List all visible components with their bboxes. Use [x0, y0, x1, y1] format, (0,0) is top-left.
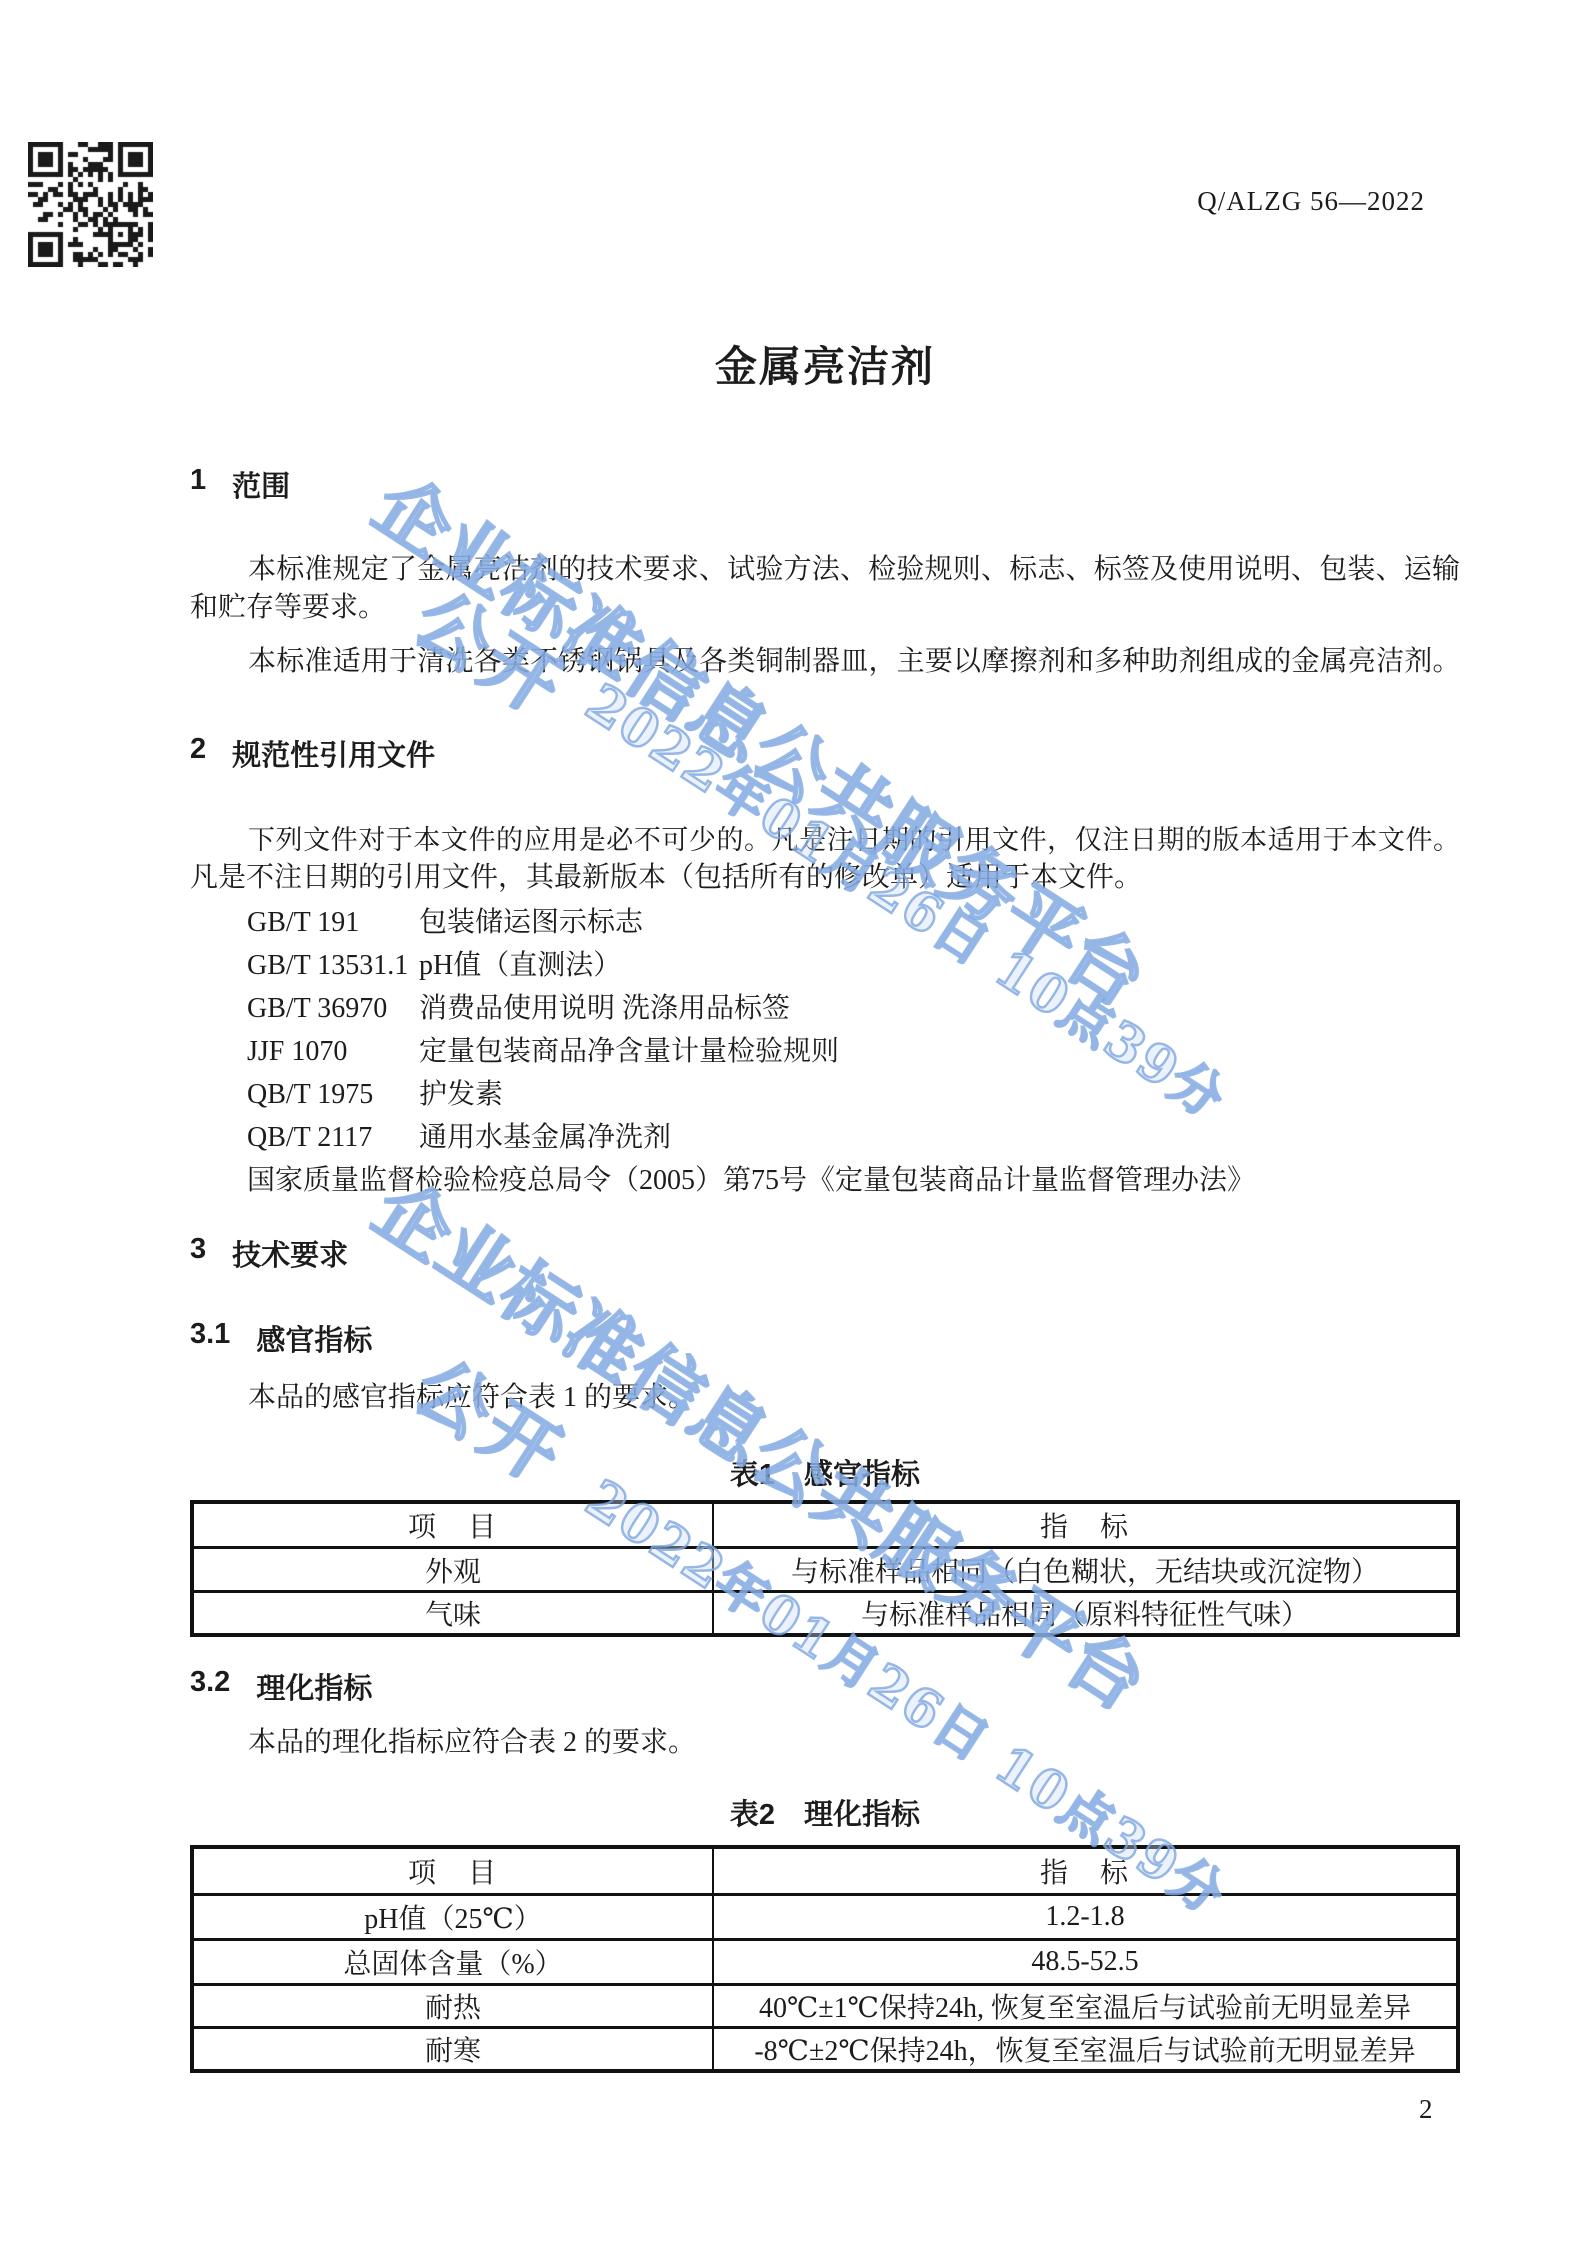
- section-title: 技术要求: [232, 1233, 348, 1274]
- reference-code: JJF 1070: [247, 1030, 419, 1073]
- reference-code: GB/T 36970: [247, 987, 419, 1030]
- section-number: 3: [190, 1233, 206, 1274]
- section-number: 3.2: [190, 1666, 230, 1707]
- table-row: pH值（25℃） 1.2-1.8: [194, 1893, 1456, 1938]
- reference-title: pH值（直测法）: [419, 944, 621, 987]
- paragraph-line: 本品的感官指标应符合表 1 的要求。: [190, 1380, 1460, 1415]
- table-2: 项 目 指 标 pH值（25℃） 1.2-1.8 总固体含量（%） 48.5-5…: [190, 1845, 1460, 2073]
- section-3-2-heading: 3.2 理化指标: [190, 1666, 372, 1707]
- section-number: 1: [190, 464, 206, 505]
- paragraph-line: 本品的理化指标应符合表 2 的要求。: [190, 1725, 1460, 1760]
- table-header-cell: 指 标: [714, 1504, 1456, 1546]
- reference-title: 消费品使用说明 洗涤用品标签: [419, 987, 790, 1030]
- table-header-cell: 项 目: [194, 1849, 714, 1893]
- reference-title: 通用水基金属净洗剂: [419, 1116, 671, 1159]
- section-title: 规范性引用文件: [232, 733, 435, 774]
- doc-number: Q/ALZG 56—2022: [1197, 186, 1425, 217]
- reference-item: 国家质量监督检验检疫总局令（2005）第75号《定量包装商品计量监督管理办法》: [190, 1159, 1470, 1202]
- table-cell: 1.2-1.8: [714, 1896, 1456, 1938]
- table-cell: 耐热: [194, 1986, 714, 2026]
- table-cell: 外观: [194, 1549, 714, 1590]
- reference-title: 国家质量监督检验检疫总局令（2005）第75号《定量包装商品计量监督管理办法》: [247, 1159, 1255, 1202]
- section-3-heading: 3 技术要求: [190, 1233, 348, 1274]
- reference-code: GB/T 191: [247, 901, 419, 944]
- section-title: 感官指标: [256, 1318, 372, 1359]
- table-header-row: 项 目 指 标: [194, 1849, 1456, 1893]
- table-header-row: 项 目 指 标: [194, 1504, 1456, 1546]
- reference-title: 定量包装商品净含量计量检验规则: [419, 1030, 839, 1073]
- reference-list: GB/T 191 包装储运图示标志 GB/T 13531.1 pH值（直测法） …: [190, 901, 1470, 1202]
- paragraph-line: 和贮存等要求。: [190, 590, 1460, 625]
- table-row: 气味 与标准样品相同（原料特征性气味）: [194, 1590, 1456, 1633]
- reference-code: QB/T 1975: [247, 1073, 419, 1116]
- table-1: 项 目 指 标 外观 与标准样品相同（白色糊状，无结块或沉淀物） 气味 与标准样…: [190, 1500, 1460, 1637]
- section-2-heading: 2 规范性引用文件: [190, 733, 435, 774]
- table-row: 耐寒 -8℃±2℃保持24h，恢复至室温后与试验前无明显差异: [194, 2026, 1456, 2069]
- document-page: Q/ALZG 56—2022 金属亮洁剂 1 范围 本标准规定了金属亮洁剂的技术…: [0, 0, 1588, 2245]
- table-row: 耐热 40℃±1℃保持24h, 恢复至室温后与试验前无明显差异: [194, 1983, 1456, 2026]
- reference-item: QB/T 1975 护发素: [190, 1073, 1470, 1116]
- reference-item: GB/T 13531.1 pH值（直测法）: [190, 944, 1470, 987]
- table-header-cell: 指 标: [714, 1849, 1456, 1893]
- table-row: 外观 与标准样品相同（白色糊状，无结块或沉淀物）: [194, 1546, 1456, 1590]
- section-title: 理化指标: [256, 1666, 372, 1707]
- reference-item: GB/T 191 包装储运图示标志: [190, 901, 1470, 944]
- table-cell: pH值（25℃）: [194, 1896, 714, 1938]
- table-cell: 耐寒: [194, 2029, 714, 2069]
- reference-code: QB/T 2117: [247, 1116, 419, 1159]
- table-cell: -8℃±2℃保持24h，恢复至室温后与试验前无明显差异: [714, 2029, 1456, 2069]
- reference-item: GB/T 36970 消费品使用说明 洗涤用品标签: [190, 987, 1470, 1030]
- table-row: 总固体含量（%） 48.5-52.5: [194, 1938, 1456, 1983]
- section-3-1-heading: 3.1 感官指标: [190, 1318, 372, 1359]
- qr-code-icon: [28, 142, 153, 267]
- table-cell: 与标准样品相同（原料特征性气味）: [714, 1593, 1456, 1633]
- section-number: 2: [190, 733, 206, 774]
- reference-item: QB/T 2117 通用水基金属净洗剂: [190, 1116, 1470, 1159]
- reference-item: JJF 1070 定量包装商品净含量计量检验规则: [190, 1030, 1470, 1073]
- table-cell: 总固体含量（%）: [194, 1941, 714, 1983]
- watermark-text: 企业标准信息公共服务平台: [357, 1152, 1170, 1731]
- table-header-cell: 项 目: [194, 1504, 714, 1546]
- table-1-caption: 表1 感官指标: [190, 1452, 1460, 1493]
- table-cell: 气味: [194, 1593, 714, 1633]
- reference-code: GB/T 13531.1: [247, 944, 419, 987]
- section-1-heading: 1 范围: [190, 464, 290, 505]
- reference-title: 包装储运图示标志: [419, 901, 643, 944]
- reference-title: 护发素: [419, 1073, 503, 1116]
- paragraph-line: 本标准适用于清洗各类不锈钢锅具及各类铜制器皿，主要以摩擦剂和多种助剂组成的金属亮…: [190, 644, 1460, 679]
- paragraph-line: 凡是不注日期的引用文件，其最新版本（包括所有的修改单）适用于本文件。: [190, 860, 1460, 895]
- section-title: 范围: [232, 464, 290, 505]
- paragraph-line: 下列文件对于本文件的应用是必不可少的。凡是注日期的引用文件，仅注日期的版本适用于…: [190, 824, 1460, 858]
- paragraph-line: 本标准规定了金属亮洁剂的技术要求、试验方法、检验规则、标志、标签及使用说明、包装…: [190, 552, 1460, 587]
- page-title: 金属亮洁剂: [190, 334, 1460, 394]
- table-2-caption: 表2 理化指标: [190, 1792, 1460, 1833]
- table-cell: 40℃±1℃保持24h, 恢复至室温后与试验前无明显差异: [714, 1986, 1456, 2026]
- page-number: 2: [1419, 2094, 1433, 2125]
- table-cell: 48.5-52.5: [714, 1941, 1456, 1983]
- section-number: 3.1: [190, 1318, 230, 1359]
- table-cell: 与标准样品相同（白色糊状，无结块或沉淀物）: [714, 1549, 1456, 1590]
